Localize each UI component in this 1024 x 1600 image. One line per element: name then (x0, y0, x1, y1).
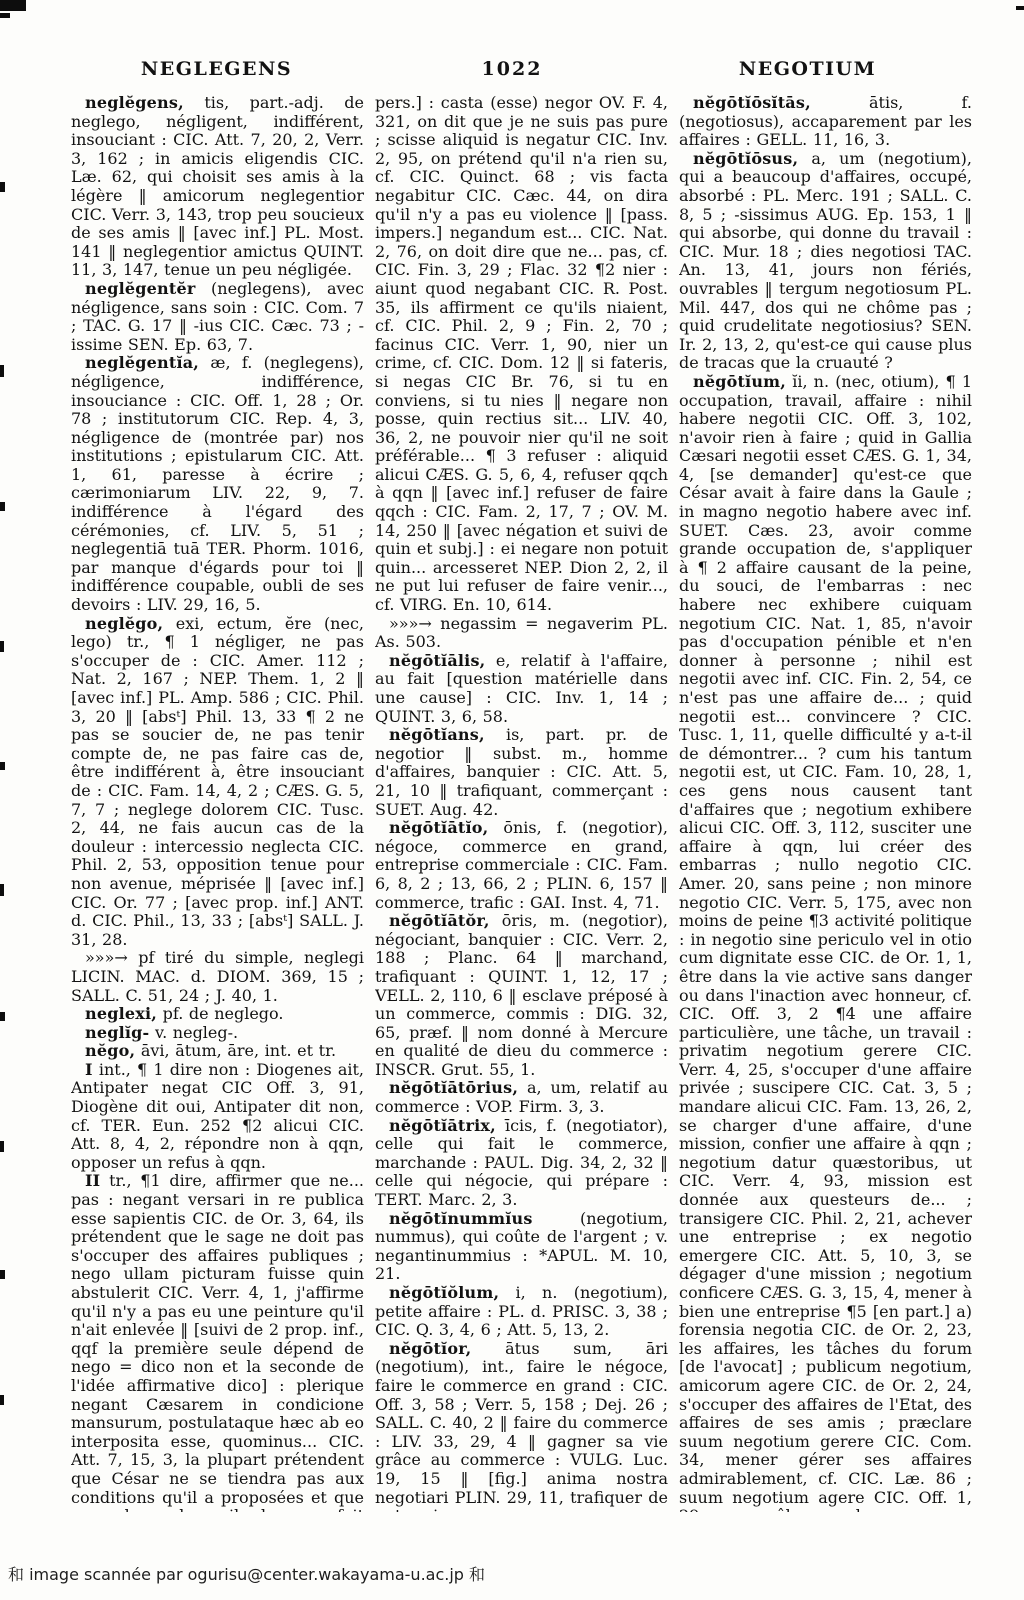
dictionary-entry: nĕgōtĭans, is, part. pr. de negotior ‖ s… (375, 726, 668, 819)
entry-body: pf. de neglego. (157, 1004, 283, 1023)
dictionary-entry: nĕgōtĭnummĭus (negotium, nummus), qui co… (375, 1210, 668, 1284)
dictionary-page: NEGLEGENS 1022 NEGOTIUM neglĕgens, tis, … (0, 0, 1024, 1600)
entry-body: int., ¶ 1 dire non : Diogenes ait, Antip… (71, 1060, 364, 1172)
entry-headword: nĕgōtĭōsus, (693, 149, 798, 168)
entry-headword: nĕgōtĭālis, (389, 651, 485, 670)
scan-artifact (0, 365, 4, 377)
entry-headword: nĕgōtĭōsĭtās, (693, 94, 811, 112)
dictionary-entry: nĕgōtĭātrix, īcis, f. (negotiator), cell… (375, 1117, 668, 1210)
entry-headword: nĕgōtĭātĭo, (389, 818, 488, 837)
scan-artifact (0, 1395, 4, 1405)
running-head-left: NEGLEGENS (70, 58, 363, 80)
entry-body: a, um (negotium), qui a beaucoup d'affai… (679, 149, 972, 373)
scan-credit: 和 image scannée par ogurisu@center.wakay… (8, 1562, 485, 1585)
scan-artifact (0, 1141, 4, 1152)
scan-artifact (0, 641, 4, 652)
dictionary-entry: nĕgōtĭātĭo, ōnis, f. (negotior), négoce,… (375, 819, 668, 912)
scan-artifact (0, 1012, 5, 1021)
column-2: pers.] : casta (esse) negor OV. F. 4, 32… (375, 94, 668, 1512)
scan-artifact (0, 1270, 5, 1279)
entry-headword: nĕgōtĭum, (693, 372, 786, 391)
entry-body: »»»→ negassim = negaverim PL. As. 503. (375, 614, 668, 652)
dictionary-entry: nĕgōtĭālis, e, relatif à l'affaire, au f… (375, 652, 668, 726)
remark-note: »»»→ pf tiré du simple, neglegi LICIN. M… (71, 949, 364, 1005)
section-numeral: II (85, 1171, 100, 1190)
dictionary-entry: neglĕgens, tis, part.-adj. de neglego, n… (71, 94, 364, 280)
entry-section: II tr., ¶1 dire, affirmer que ne... pas … (71, 1172, 364, 1512)
entry-headword: neglĕgo, (85, 614, 163, 633)
column-3: nĕgōtĭōsĭtās, ātis, f. (negotiosus), acc… (679, 94, 972, 1512)
scan-artifact (0, 13, 10, 18)
entry-headword: nĕgōtĭātrix, (389, 1116, 496, 1135)
entry-headword: neglĕgens, (85, 94, 184, 112)
entry-headword: nĕgōtĭnummĭus (389, 1209, 533, 1228)
dictionary-entry: neglĕgentĕr (neglegens), avec négligence… (71, 280, 364, 354)
dictionary-entry: nĕgōtĭātōrius, a, um, relatif au commerc… (375, 1079, 668, 1116)
entry-body: »»»→ pf tiré du simple, neglegi LICIN. M… (71, 948, 364, 1004)
entry-headword: nĕgōtĭans, (389, 725, 485, 744)
entry-headword: nĕgo, (85, 1041, 135, 1060)
entry-body: ĭi, n. (nec, otium), ¶ 1 occupation, tra… (679, 372, 972, 1512)
entry-headword: neglexi, (85, 1004, 157, 1023)
page-number: 1022 (366, 58, 659, 80)
entry-headword: nĕgōtĭātŏr, (389, 911, 490, 930)
dictionary-entry: nĕgōtĭōsus, a, um (negotium), qui a beau… (679, 150, 972, 373)
column-1: neglĕgens, tis, part.-adj. de neglego, n… (71, 94, 364, 1512)
entry-headword: neglĕgentĭa, (85, 353, 199, 372)
entry-headword: nĕgōtĭātōrius, (389, 1078, 518, 1097)
entry-headword: neglĕgentĕr (85, 279, 195, 298)
entry-body: exi, ectum, ĕre (nec, lego) tr., ¶ 1 nég… (71, 614, 364, 949)
section-numeral: I (85, 1060, 93, 1079)
entry-body: pers.] : casta (esse) negor OV. F. 4, 32… (375, 94, 668, 614)
entry-body: āvi, ātum, āre, int. et tr. (135, 1041, 336, 1060)
entry-body: æ, f. (neglegens), négligence, indiffére… (71, 353, 364, 614)
scan-artifact (0, 762, 5, 770)
entry-body: tr., ¶1 dire, affirmer que ne... pas : n… (71, 1171, 364, 1512)
remark-note: »»»→ negassim = negaverim PL. As. 503. (375, 615, 668, 652)
entry-headword: nĕgōtĭor, (389, 1339, 471, 1358)
entry-headword: nĕgōtĭŏlum, (389, 1283, 499, 1302)
scan-artifact (0, 884, 4, 896)
dictionary-entry: nĕgōtĭōsĭtās, ātis, f. (negotiosus), acc… (679, 94, 972, 150)
dictionary-entry: neglexi, pf. de neglego. (71, 1005, 364, 1024)
scan-artifact (1016, 6, 1024, 10)
scan-artifact (0, 502, 5, 511)
dictionary-entry: nĕgōtĭātŏr, ōris, m. (negotior), négocia… (375, 912, 668, 1079)
dictionary-entry: nĕgo, āvi, ātum, āre, int. et tr. (71, 1042, 364, 1061)
running-head: NEGLEGENS 1022 NEGOTIUM (70, 58, 954, 80)
scan-artifact (0, 0, 26, 11)
text-columns: neglĕgens, tis, part.-adj. de neglego, n… (71, 94, 972, 1512)
dictionary-entry: nĕgōtĭum, ĭi, n. (nec, otium), ¶ 1 occup… (679, 373, 972, 1512)
entry-body: ātus sum, āri (negotium), int., faire le… (375, 1339, 668, 1512)
entry-continuation: pers.] : casta (esse) negor OV. F. 4, 32… (375, 94, 668, 615)
entry-body: v. negleg-. (149, 1023, 238, 1042)
scan-artifact (0, 182, 5, 192)
running-head-right: NEGOTIUM (661, 58, 954, 80)
dictionary-entry: nĕgōtĭŏlum, i, n. (negotium), petite aff… (375, 1284, 668, 1340)
dictionary-entry: neglĕgo, exi, ectum, ĕre (nec, lego) tr.… (71, 615, 364, 950)
dictionary-entry: nĕgōtĭor, ātus sum, āri (negotium), int.… (375, 1340, 668, 1512)
dictionary-entry: neglĭg- v. negleg-. (71, 1024, 364, 1043)
entry-body: ōris, m. (negotior), négociant, banquier… (375, 911, 668, 1079)
entry-section: I int., ¶ 1 dire non : Diogenes ait, Ant… (71, 1061, 364, 1173)
entry-headword: neglĭg- (85, 1023, 149, 1042)
dictionary-entry: neglĕgentĭa, æ, f. (neglegens), négligen… (71, 354, 364, 614)
entry-body: tis, part.-adj. de neglego, négligent, i… (71, 94, 364, 279)
